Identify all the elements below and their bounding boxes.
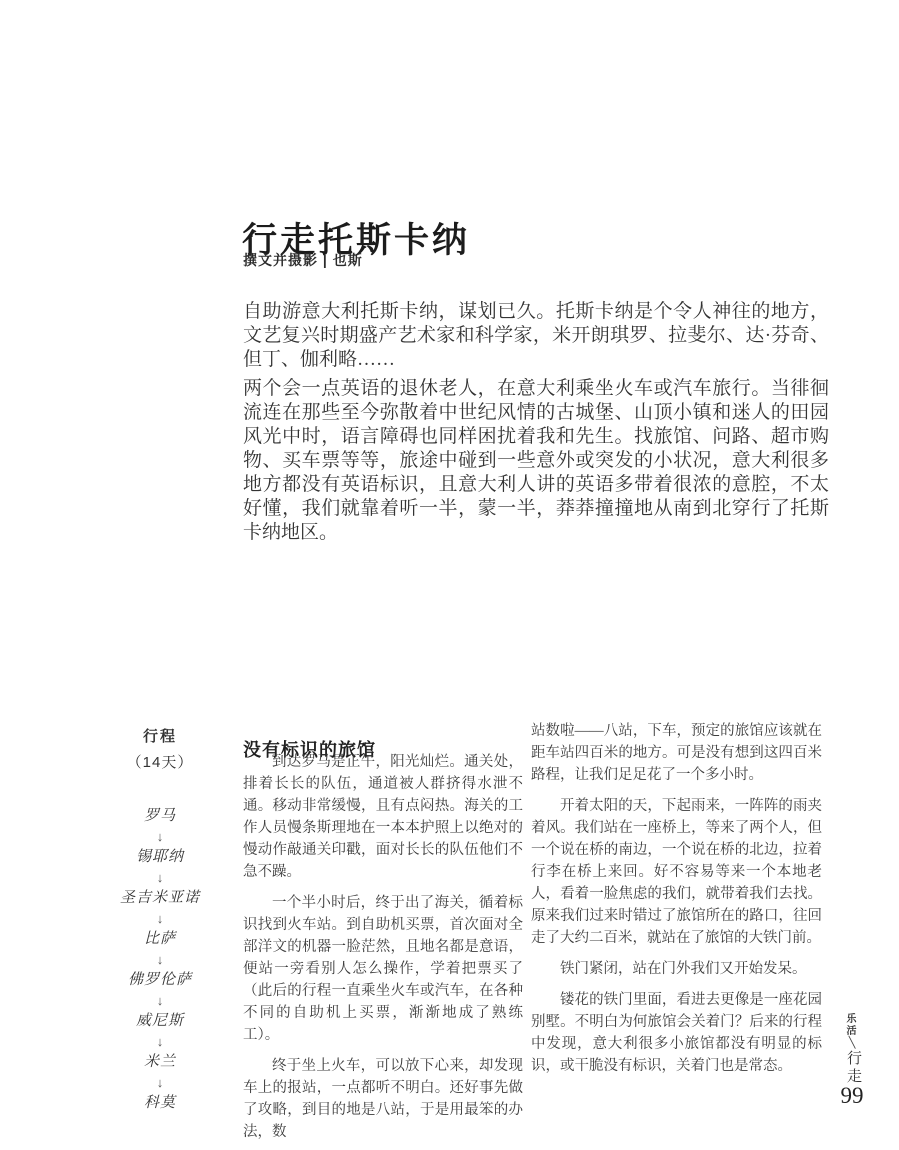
down-arrow-icon: ↓ bbox=[157, 871, 164, 885]
page-number: 99 bbox=[828, 1083, 876, 1109]
itinerary-stop: 圣吉米亚诺 bbox=[120, 890, 200, 907]
body-column-2: 站数啦——八站，下车，预定的旅馆应该就在距车站四百米的地方。可是没有想到这四百米… bbox=[531, 720, 822, 1086]
body-paragraph: 一个半小时后，终于出了海关，循着标识找到火车站。到自助机买票，首次面对全部洋文的… bbox=[243, 892, 523, 1046]
section-folio: 乐活 ╲ 行走 bbox=[834, 1013, 870, 1086]
itinerary-stop: 锡耶纳 bbox=[136, 849, 184, 866]
intro-block: 自助游意大利托斯卡纳，谋划已久。托斯卡纳是个令人神往的地方，文艺复兴时期盛产艺术… bbox=[243, 300, 829, 550]
down-arrow-icon: ↓ bbox=[157, 830, 164, 844]
itinerary-sidebar: 行程 （14天） 罗马↓锡耶纳↓圣吉米亚诺↓比萨↓佛罗伦萨↓威尼斯↓米兰↓科莫 bbox=[108, 725, 212, 1112]
magazine-page: 行走托斯卡纳 撰文并摄影 | 也斯 自助游意大利托斯卡纳，谋划已久。托斯卡纳是个… bbox=[0, 0, 899, 1150]
down-arrow-icon: ↓ bbox=[157, 1076, 164, 1090]
body-column-1: 到达罗马是正午，阳光灿烂。通关处，排着长长的队伍，通道被人群挤得水泄不通。移动非… bbox=[243, 751, 523, 1150]
byline: 撰文并摄影 | 也斯 bbox=[243, 250, 363, 270]
body-paragraph: 终于坐上火车，可以放下心来，却发现车上的报站，一点都听不明白。还好事先做了攻略，… bbox=[243, 1055, 523, 1143]
body-paragraph: 铁门紧闭，站在门外我们又开始发呆。 bbox=[531, 958, 822, 980]
itinerary-stop: 佛罗伦萨 bbox=[128, 972, 192, 989]
body-paragraph: 开着太阳的天，下起雨来，一阵阵的雨夹着风。我们站在一座桥上，等来了两个人，但一个… bbox=[531, 795, 822, 949]
itinerary-duration: （14天） bbox=[108, 751, 212, 772]
section-tag-small: 乐活 bbox=[842, 1013, 857, 1037]
itinerary-title: 行程 bbox=[108, 725, 212, 746]
itinerary-stop: 米兰 bbox=[144, 1054, 176, 1071]
slash-divider-icon: ╲ bbox=[849, 1038, 856, 1049]
body-paragraph: 两个会一点英语的退休老人，在意大利乘坐火车或汽车旅行。当徘徊流连在那些至今弥散着… bbox=[243, 377, 829, 545]
down-arrow-icon: ↓ bbox=[157, 953, 164, 967]
body-paragraph: 到达罗马是正午，阳光灿烂。通关处，排着长长的队伍，通道被人群挤得水泄不通。移动非… bbox=[243, 751, 523, 883]
itinerary-stop: 比萨 bbox=[144, 931, 176, 948]
section-tag-large: 行走 bbox=[843, 1050, 864, 1086]
body-paragraph: 站数啦——八站，下车，预定的旅馆应该就在距车站四百米的地方。可是没有想到这四百米… bbox=[531, 720, 822, 786]
itinerary-stop: 科莫 bbox=[144, 1095, 176, 1112]
body-paragraph: 镂花的铁门里面，看进去更像是一座花园别墅。不明白为何旅馆会关着门？后来的行程中发… bbox=[531, 989, 822, 1077]
down-arrow-icon: ↓ bbox=[157, 994, 164, 1008]
itinerary-stop: 威尼斯 bbox=[136, 1013, 184, 1030]
down-arrow-icon: ↓ bbox=[157, 912, 164, 926]
body-paragraph: 自助游意大利托斯卡纳，谋划已久。托斯卡纳是个令人神往的地方，文艺复兴时期盛产艺术… bbox=[243, 300, 829, 372]
itinerary-stop: 罗马 bbox=[144, 808, 176, 825]
itinerary-stops: 罗马↓锡耶纳↓圣吉米亚诺↓比萨↓佛罗伦萨↓威尼斯↓米兰↓科莫 bbox=[108, 808, 212, 1112]
down-arrow-icon: ↓ bbox=[157, 1035, 164, 1049]
